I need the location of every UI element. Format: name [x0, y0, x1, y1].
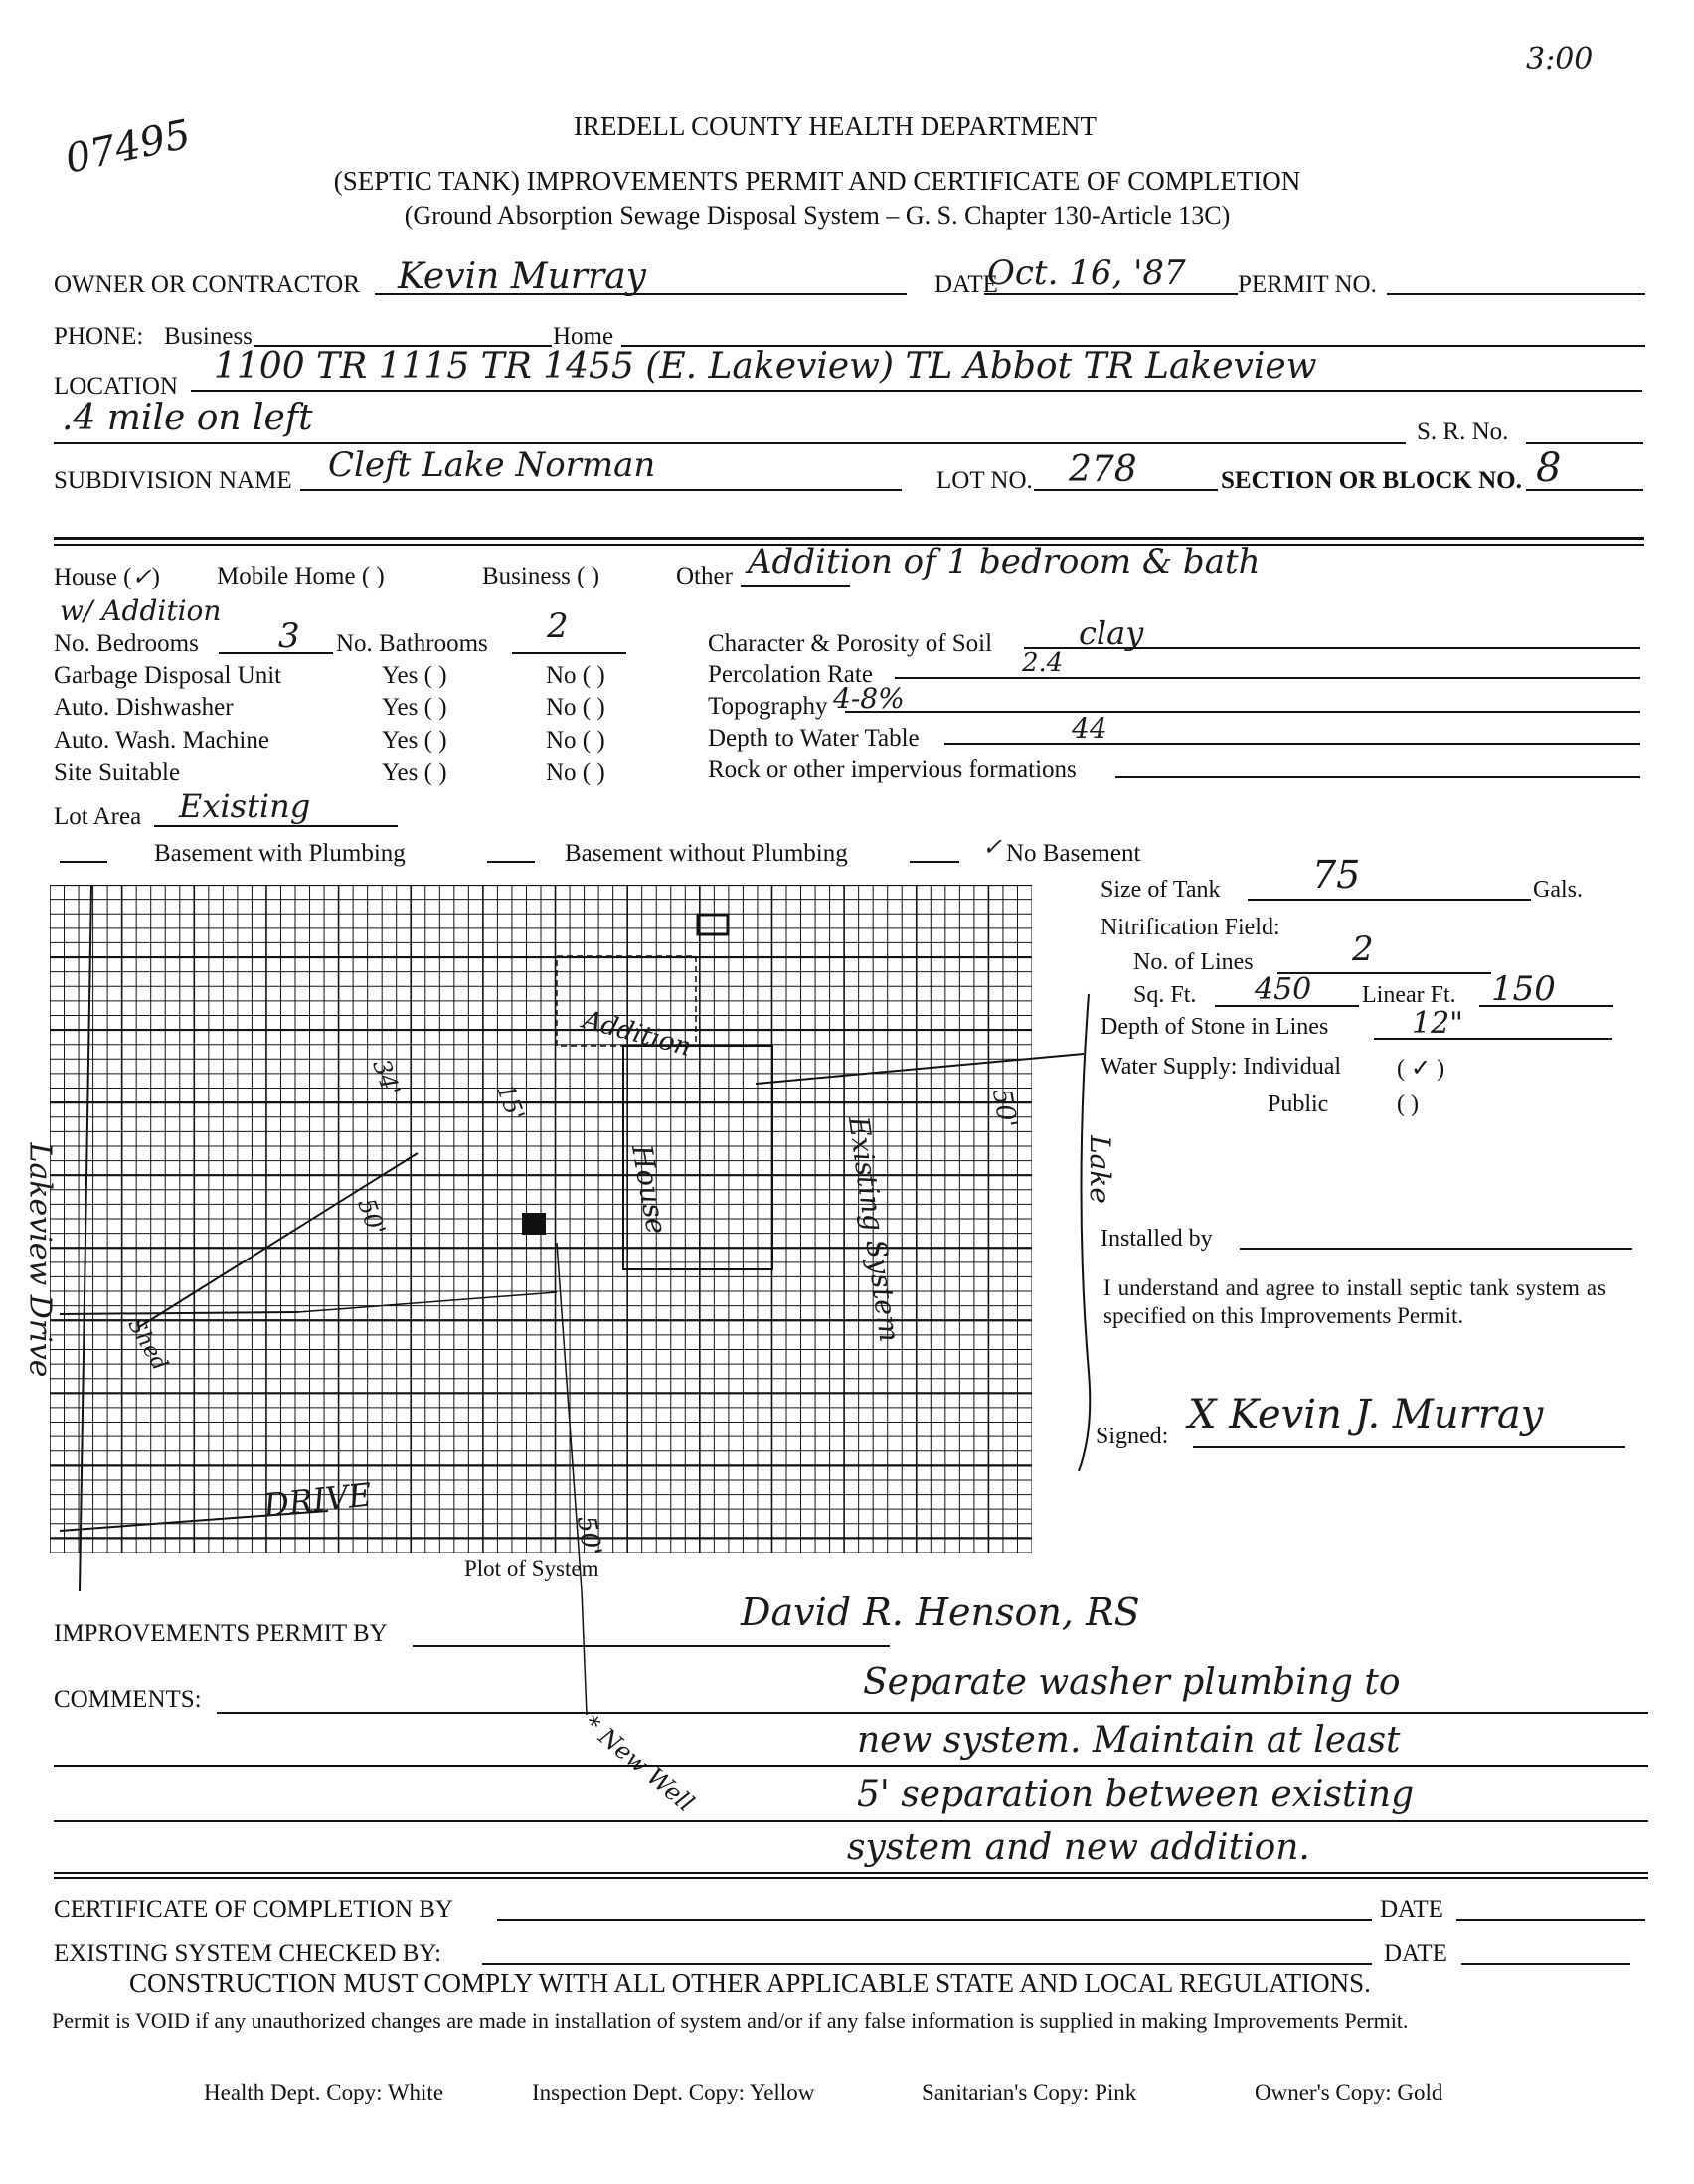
water-table-label: Depth to Water Table: [708, 725, 920, 753]
sr-no-field[interactable]: [1526, 442, 1643, 444]
copy-owner: Owner's Copy: Gold: [1255, 2080, 1442, 2105]
bathrooms-field[interactable]: 2: [547, 606, 569, 646]
house-note: w/ Addition: [60, 594, 221, 627]
soil-character-field[interactable]: clay: [1079, 614, 1143, 652]
percolation-field[interactable]: 2.4: [1022, 648, 1063, 678]
plot-well-note: * New Well: [579, 1710, 700, 1817]
agreement-text: I understand and agree to install septic…: [1103, 1274, 1606, 1330]
phone-label: PHONE:: [54, 323, 143, 351]
agency-name: IREDELL COUNTY HEALTH DEPARTMENT: [0, 111, 1682, 142]
row-label: Garbage Disposal Unit: [54, 662, 281, 689]
existing-checked-label: EXISTING SYSTEM CHECKED BY:: [54, 1940, 441, 1968]
water-public-checkbox[interactable]: ( ): [1397, 1092, 1419, 1118]
mobile-home-option[interactable]: Mobile Home ( ): [217, 563, 385, 590]
comment-line: 5' separation between existing: [857, 1774, 1414, 1815]
sqft-label: Sq. Ft.: [1133, 982, 1196, 1009]
copy-health-dept: Health Dept. Copy: White: [204, 2080, 443, 2105]
installed-by-label: Installed by: [1101, 1226, 1213, 1253]
tank-size-label: Size of Tank: [1101, 877, 1221, 904]
yes-checkbox[interactable]: Yes ( ): [382, 727, 447, 755]
rock-formations-field[interactable]: [1115, 776, 1640, 778]
soil-character-label: Character & Porosity of Soil: [708, 630, 992, 658]
yes-no-row: Garbage Disposal Unit Yes ( ) No ( ): [54, 662, 281, 690]
installed-by-field[interactable]: [1240, 1248, 1632, 1250]
rock-formations-label: Rock or other impervious formations: [708, 756, 1077, 784]
basement-without-plumbing-blank[interactable]: [487, 861, 535, 863]
water-supply-label: Water Supply: Individual: [1101, 1054, 1341, 1081]
house-option[interactable]: House (✓): [54, 563, 160, 591]
basement-with-plumbing-label: Basement with Plumbing: [154, 840, 406, 868]
row-label: Auto. Dishwasher: [54, 694, 234, 721]
comment-line: Separate washer plumbing to: [863, 1662, 1401, 1703]
existing-checked-date-label: DATE: [1384, 1940, 1447, 1968]
owner-field[interactable]: Kevin Murray: [398, 256, 646, 297]
signed-label: Signed:: [1096, 1424, 1168, 1450]
water-public-label: Public: [1268, 1092, 1328, 1118]
certificate-date-field[interactable]: [1456, 1919, 1645, 1921]
bathrooms-label: No. Bathrooms: [336, 630, 488, 658]
date-field[interactable]: Oct. 16, '87: [987, 253, 1186, 293]
other-field[interactable]: Addition of 1 bedroom & bath: [748, 542, 1261, 582]
no-basement-label: No Basement: [1006, 840, 1140, 868]
lines-field[interactable]: 2: [1352, 929, 1374, 969]
location-label: LOCATION: [54, 373, 178, 401]
compliance-notice: CONSTRUCTION MUST COMPLY WITH ALL OTHER …: [129, 1968, 1371, 1999]
no-checkbox[interactable]: No ( ): [546, 662, 605, 690]
copy-inspection-dept: Inspection Dept. Copy: Yellow: [532, 2080, 814, 2105]
yes-no-row: Site Suitable Yes ( ) No ( ): [54, 759, 180, 787]
yes-checkbox[interactable]: Yes ( ): [382, 759, 447, 787]
permit-by-field[interactable]: David R. Henson, RS: [741, 1591, 1140, 1634]
bedrooms-label: No. Bedrooms: [54, 630, 199, 658]
no-checkbox[interactable]: No ( ): [546, 759, 605, 787]
lot-no-field[interactable]: 278: [1069, 449, 1137, 490]
subdivision-label: SUBDIVISION NAME: [54, 467, 292, 495]
location-field-line2[interactable]: .4 mile on left: [62, 398, 313, 438]
linear-ft-field[interactable]: 150: [1491, 969, 1556, 1009]
house-checkmark: ✓: [131, 563, 151, 590]
business-option[interactable]: Business ( ): [482, 563, 599, 590]
water-individual-checkbox[interactable]: ( ✓ ): [1397, 1054, 1444, 1083]
sqft-field[interactable]: 450: [1255, 972, 1311, 1007]
nitrification-label: Nitrification Field:: [1101, 915, 1280, 941]
section-field[interactable]: 8: [1536, 445, 1561, 491]
water-table-field[interactable]: 44: [1072, 712, 1107, 745]
location-field-line1[interactable]: 1100 TR 1115 TR 1455 (E. Lakeview) TL Ab…: [214, 346, 1317, 387]
certificate-date-label: DATE: [1380, 1896, 1443, 1924]
plot-label-lake: Lake: [1084, 1135, 1116, 1204]
lot-no-label: LOT NO.: [936, 467, 1033, 495]
no-checkbox[interactable]: No ( ): [546, 694, 605, 722]
copy-sanitarian: Sanitarian's Copy: Pink: [922, 2080, 1136, 2105]
permit-no-label: PERMIT NO.: [1238, 271, 1377, 299]
yes-checkbox[interactable]: Yes ( ): [382, 662, 447, 690]
form-subtitle: (Ground Absorption Sewage Disposal Syste…: [0, 201, 1664, 231]
comments-label: COMMENTS:: [54, 1686, 202, 1714]
owner-label: OWNER OR CONTRACTOR: [54, 271, 360, 299]
stone-depth-label: Depth of Stone in Lines: [1101, 1014, 1328, 1041]
no-basement-checkmark: ✓: [982, 833, 1002, 861]
subdivision-field[interactable]: Cleft Lake Norman: [328, 445, 655, 485]
no-checkbox[interactable]: No ( ): [546, 727, 605, 755]
tank-unit: Gals.: [1533, 877, 1583, 904]
house-close: ): [152, 564, 160, 590]
house-label: House (: [54, 564, 131, 590]
basement-without-plumbing-label: Basement without Plumbing: [565, 840, 848, 868]
yes-no-row: Auto. Wash. Machine Yes ( ) No ( ): [54, 727, 269, 755]
yes-checkbox[interactable]: Yes ( ): [382, 694, 447, 722]
lot-area-label: Lot Area: [54, 803, 141, 831]
row-label: Site Suitable: [54, 759, 180, 786]
void-notice: Permit is VOID if any unauthorized chang…: [52, 2008, 1523, 2034]
comment-line: new system. Maintain at least: [857, 1720, 1401, 1761]
linear-ft-label: Linear Ft.: [1362, 982, 1456, 1009]
existing-checked-date-field[interactable]: [1461, 1963, 1630, 1965]
plot-caption: Plot of System: [464, 1556, 598, 1582]
topography-label: Topography: [708, 693, 827, 721]
certificate-label: CERTIFICATE OF COMPLETION BY: [54, 1896, 453, 1924]
plot-label-road: Lakeview Drive: [22, 1143, 57, 1378]
certificate-field[interactable]: [497, 1919, 1372, 1921]
yes-no-row: Auto. Dishwasher Yes ( ) No ( ): [54, 694, 234, 722]
row-label: Auto. Wash. Machine: [54, 727, 269, 754]
signature-field[interactable]: X Kevin J. Murray: [1188, 1392, 1543, 1437]
sr-no-label: S. R. No.: [1417, 419, 1508, 446]
lot-area-field[interactable]: Existing: [179, 787, 310, 825]
permit-by-label: IMPROVEMENTS PERMIT BY: [54, 1620, 388, 1648]
comment-line: system and new addition.: [847, 1827, 1310, 1868]
bedrooms-field[interactable]: 3: [278, 616, 300, 656]
topography-field[interactable]: 4-8%: [833, 682, 905, 715]
corner-note: 3:00: [1526, 42, 1593, 77]
basement-with-plumbing-blank[interactable]: [60, 861, 107, 863]
form-title: (SEPTIC TANK) IMPROVEMENTS PERMIT AND CE…: [0, 166, 1664, 197]
existing-checked-field[interactable]: [482, 1963, 1372, 1965]
no-basement-blank[interactable]: [910, 861, 959, 863]
other-label: Other: [676, 563, 733, 590]
section-label: SECTION OR BLOCK NO.: [1221, 467, 1522, 495]
tank-size-field[interactable]: 75: [1312, 853, 1360, 897]
lines-label: No. of Lines: [1133, 949, 1254, 976]
stone-depth-field[interactable]: 12": [1412, 1006, 1463, 1041]
permit-no-field[interactable]: [1387, 293, 1645, 295]
